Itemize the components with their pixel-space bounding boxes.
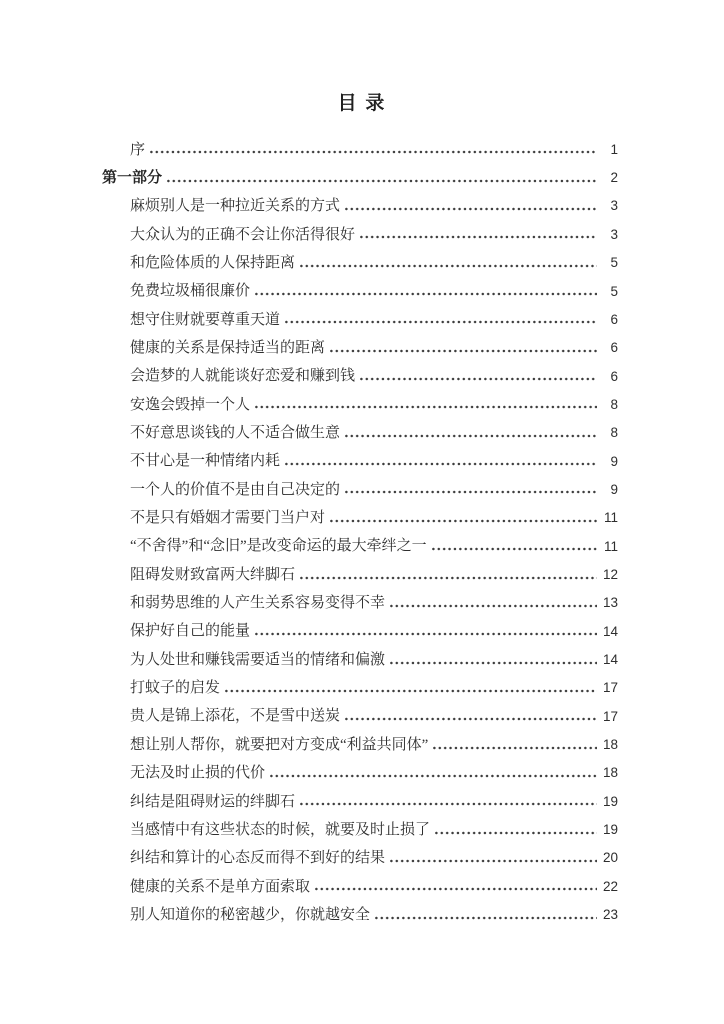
toc-entry[interactable]: 麻烦别人是一种拉近关系的方式 3 [102,188,618,216]
toc-entry[interactable]: 打蚊子的启发 17 [102,670,618,698]
toc-entry-page: 19 [600,821,618,840]
toc-entry-page: 2 [600,169,618,188]
dot-leader [150,149,597,155]
toc-entry-page: 9 [600,481,618,500]
dot-leader [433,745,597,751]
toc-entry-page: 3 [600,226,618,245]
toc-title: 目 录 [0,88,724,115]
toc-entry[interactable]: 阻碍发财致富两大绊脚石 12 [102,556,618,584]
dot-leader [375,915,597,921]
dot-leader [360,234,597,240]
toc-entry[interactable]: 想让别人帮你，就要把对方变成“利益共同体” 18 [102,726,618,754]
toc-entry-label: 贵人是锦上添花，不是雪中送炭 [130,707,340,726]
toc-entry-label: 不是只有婚姻才需要门当户对 [130,509,325,528]
dot-leader [315,886,597,892]
toc-entry[interactable]: “不舍得”和“念旧”是改变命运的最大牵绊之一 11 [102,528,618,556]
toc-entry-page: 19 [600,793,618,812]
toc-entry-label: 会造梦的人就能谈好恋爱和赚到钱 [130,367,355,386]
dot-leader [345,489,597,495]
toc-entry-page: 8 [600,424,618,443]
dot-leader [345,206,597,212]
toc-entry[interactable]: 为人处世和赚钱需要适当的情绪和偏激 14 [102,641,618,669]
toc-entry-label: 麻烦别人是一种拉近关系的方式 [130,197,340,216]
toc-entry[interactable]: 纠结和算计的心态反而得不到好的结果 20 [102,840,618,868]
toc-entry-page: 5 [600,283,618,302]
toc-entry[interactable]: 免费垃圾桶很廉价 5 [102,273,618,301]
toc-entry[interactable]: 和危险体质的人保持距离 5 [102,244,618,272]
dot-leader [330,348,597,354]
toc-entry-page: 14 [600,651,618,670]
toc-entry[interactable]: 健康的关系不是单方面索取 22 [102,868,618,896]
toc-entry-label: 当感情中有这些状态的时候，就要及时止损了 [130,821,430,840]
dot-leader [300,263,597,269]
toc-entry-page: 11 [600,509,618,528]
dot-leader [345,433,597,439]
toc-entry-label: 序 [130,141,145,160]
toc-entry-label: 想让别人帮你，就要把对方变成“利益共同体” [130,736,428,755]
toc-entry[interactable]: 安逸会毁掉一个人 8 [102,386,618,414]
dot-leader [225,688,597,694]
dot-leader [390,603,597,609]
toc-entry-label: 不好意思谈钱的人不适合做生意 [130,424,340,443]
toc-entry-label: “不舍得”和“念旧”是改变命运的最大牵绊之一 [130,537,427,556]
toc-entry-label: 别人知道你的秘密越少，你就越安全 [130,906,370,925]
toc-entry-page: 5 [600,254,618,273]
toc-entry-label: 免费垃圾桶很廉价 [130,282,250,301]
toc-entry-label: 纠结和算计的心态反而得不到好的结果 [130,849,385,868]
toc-entry[interactable]: 和弱势思维的人产生关系容易变得不幸 13 [102,585,618,613]
toc-entry-page: 22 [600,878,618,897]
toc-entry[interactable]: 纠结是阻碍财运的绊脚石 19 [102,783,618,811]
toc-entry-label: 和弱势思维的人产生关系容易变得不幸 [130,594,385,613]
dot-leader [255,631,597,637]
toc-entry[interactable]: 会造梦的人就能谈好恋爱和赚到钱 6 [102,358,618,386]
toc-entry-page: 20 [600,849,618,868]
toc-entry-page: 6 [600,368,618,387]
toc-entry-page: 9 [600,453,618,472]
toc-entry[interactable]: 不好意思谈钱的人不适合做生意 8 [102,414,618,442]
dot-leader [255,404,597,410]
toc-entry-label: 纠结是阻碍财运的绊脚石 [130,793,295,812]
toc-entry-label: 不甘心是一种情绪内耗 [130,452,280,471]
toc-entry-label: 大众认为的正确不会让你活得很好 [130,226,355,245]
toc-entry-page: 6 [600,311,618,330]
toc-entry[interactable]: 想守住财就要尊重天道 6 [102,301,618,329]
dot-leader [432,546,597,552]
toc-entry-page: 3 [600,197,618,216]
dot-leader [285,319,597,325]
toc-entry[interactable]: 别人知道你的秘密越少，你就越安全 23 [102,896,618,924]
toc-entry-label: 健康的关系不是单方面索取 [130,878,310,897]
toc-entry[interactable]: 第一部分 2 [102,159,618,187]
toc-entry-label: 打蚊子的启发 [130,679,220,698]
toc-entry-label: 为人处世和赚钱需要适当的情绪和偏激 [130,651,385,670]
dot-leader [390,660,597,666]
toc-entry-label: 安逸会毁掉一个人 [130,396,250,415]
toc-entry-page: 11 [600,538,618,557]
toc-entry-label: 保护好自己的能量 [130,622,250,641]
toc-entry-page: 23 [600,906,618,925]
toc-entry[interactable]: 不是只有婚姻才需要门当户对 11 [102,499,618,527]
toc-entry-page: 14 [600,623,618,642]
document-page: 目 录 序 1 第一部分 2 麻烦别人是一种拉近关系的方式 3 大众认为的正确不… [0,0,724,1024]
toc-entry[interactable]: 当感情中有这些状态的时候，就要及时止损了 19 [102,811,618,839]
toc-entry[interactable]: 不甘心是一种情绪内耗 9 [102,443,618,471]
dot-leader [270,773,597,779]
toc-entry[interactable]: 无法及时止损的代价 18 [102,755,618,783]
toc-entry-label: 第一部分 [102,169,162,188]
dot-leader [345,716,597,722]
dot-leader [330,518,597,524]
toc-entry-page: 17 [600,708,618,727]
dot-leader [167,178,597,184]
dot-leader [300,575,597,581]
toc-list: 序 1 第一部分 2 麻烦别人是一种拉近关系的方式 3 大众认为的正确不会让你活… [102,131,618,925]
toc-entry-label: 想守住财就要尊重天道 [130,311,280,330]
dot-leader [390,858,597,864]
toc-entry-page: 12 [600,566,618,585]
toc-entry[interactable]: 健康的关系是保持适当的距离 6 [102,329,618,357]
toc-entry[interactable]: 一个人的价值不是由自己决定的 9 [102,471,618,499]
toc-entry-label: 阻碍发财致富两大绊脚石 [130,566,295,585]
dot-leader [255,291,597,297]
dot-leader [435,830,597,836]
toc-entry-page: 1 [600,141,618,160]
toc-entry-page: 18 [600,764,618,783]
toc-entry[interactable]: 大众认为的正确不会让你活得很好 3 [102,216,618,244]
toc-entry-page: 17 [600,679,618,698]
toc-entry-label: 健康的关系是保持适当的距离 [130,339,325,358]
toc-entry-page: 13 [600,594,618,613]
toc-entry[interactable]: 贵人是锦上添花，不是雪中送炭 17 [102,698,618,726]
dot-leader [300,801,597,807]
toc-entry-label: 无法及时止损的代价 [130,764,265,783]
dot-leader [360,376,597,382]
toc-entry-page: 18 [600,736,618,755]
toc-entry[interactable]: 保护好自己的能量 14 [102,613,618,641]
toc-entry[interactable]: 序 1 [102,131,618,159]
toc-entry-label: 一个人的价值不是由自己决定的 [130,481,340,500]
toc-entry-page: 6 [600,339,618,358]
toc-entry-page: 8 [600,396,618,415]
dot-leader [285,461,597,467]
toc-entry-label: 和危险体质的人保持距离 [130,254,295,273]
